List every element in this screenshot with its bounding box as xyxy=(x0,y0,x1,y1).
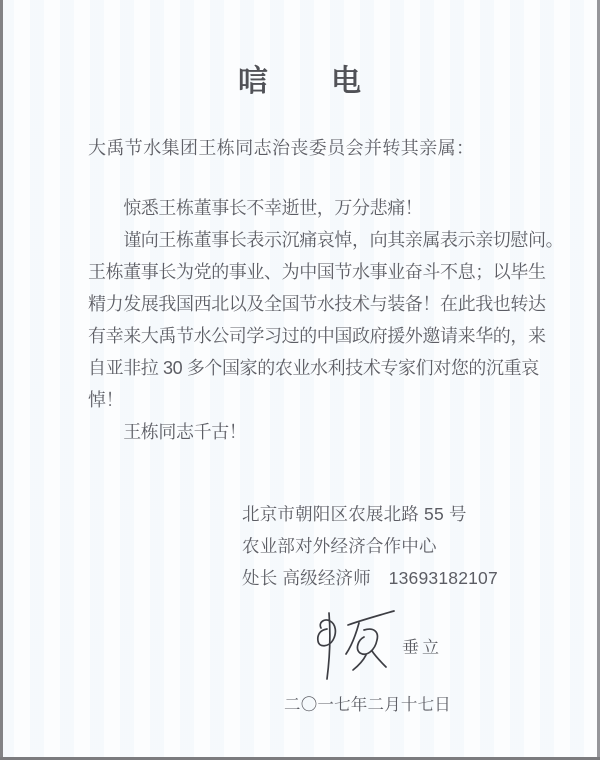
sender-address: 北京市朝阳区农展北路 55 号 xyxy=(242,498,498,530)
scan-edge-left xyxy=(0,0,3,760)
sender-organization: 农业部对外经济合作中心 xyxy=(242,530,498,562)
printed-signer-name: 垂立 xyxy=(402,633,442,658)
sender-block: 北京市朝阳区农展北路 55 号 农业部对外经济合作中心 处长 高级经济师 136… xyxy=(242,498,498,594)
letter-date: 二〇一七年二月十七日 xyxy=(284,691,451,715)
body-line: 精力发展我国西北以及全国节水技术与装备！在此我也转达 xyxy=(88,288,558,320)
letter-title-char-left: 唁 xyxy=(238,65,269,98)
signature-area: 垂立 xyxy=(306,604,536,694)
body-line: 自亚非拉 30 多个国家的农业水利技术专家们对您的沉重哀 xyxy=(88,352,558,384)
letter-title: 唁电 xyxy=(0,56,600,100)
body-line: 谨向王栋董事长表示沉痛哀悼，向其亲属表示亲切慰问。 xyxy=(88,224,558,256)
body-line: 王栋同志千古！ xyxy=(88,416,558,448)
salutation-line: 大禹节水集团王栋同志治丧委员会并转其亲属： xyxy=(88,134,474,160)
body-line: 惊悉王栋董事长不幸逝世，万分悲痛！ xyxy=(88,192,558,224)
letter-body: 惊悉王栋董事长不幸逝世，万分悲痛！ 谨向王栋董事长表示沉痛哀悼，向其亲属表示亲切… xyxy=(88,192,558,448)
letter-title-char-right: 电 xyxy=(331,65,362,98)
handwritten-signature-icon xyxy=(306,604,401,689)
scanned-condolence-letter: 唁电 大禹节水集团王栋同志治丧委员会并转其亲属： 惊悉王栋董事长不幸逝世，万分悲… xyxy=(0,0,600,760)
body-line: 悼！ xyxy=(88,384,558,416)
body-line: 王栋董事长为党的事业、为中国节水事业奋斗不息；以毕生 xyxy=(88,256,558,288)
body-line: 有幸来大禹节水公司学习过的中国政府援外邀请来华的，来 xyxy=(88,320,558,352)
sender-title-and-phone: 处长 高级经济师 13693182107 xyxy=(242,562,498,594)
